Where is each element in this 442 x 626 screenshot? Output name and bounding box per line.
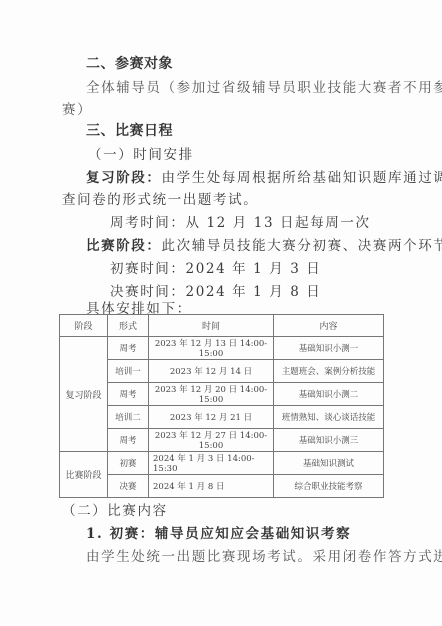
form-cell: 周考 — [108, 383, 149, 406]
item-prelim-heading: 1. 初赛：辅导员应知应会基础知识考察 — [86, 522, 351, 542]
form-cell: 培训一 — [108, 360, 149, 383]
form-cell: 初赛 — [108, 452, 149, 475]
subheading-time-arrangement: （一）时间安排 — [88, 143, 194, 163]
table-row: 培训一 2023 年 12 月 14 日 主题班会、案例分析技能 — [60, 360, 384, 383]
content-cell: 基础知识测试 — [274, 452, 384, 475]
competition-stage-label: 比赛阶段： — [86, 238, 162, 254]
content-cell: 基础知识小测一 — [274, 337, 384, 360]
content-cell: 班情熟知、谈心谈话技能 — [274, 406, 384, 429]
content-cell: 基础知识小测三 — [274, 429, 384, 452]
table-row: 比赛阶段 初赛 2024 年 1 月 3 日 14:00-15:30 基础知识测… — [60, 452, 384, 475]
form-cell: 培训二 — [108, 406, 149, 429]
time-cell: 2024 年 1 月 8 日 — [149, 475, 274, 498]
table-row: 决赛 2024 年 1 月 8 日 综合职业技能考察 — [60, 475, 384, 498]
stage-cell: 复习阶段 — [60, 337, 108, 452]
header-stage: 阶段 — [60, 315, 108, 337]
form-cell: 决赛 — [108, 475, 149, 498]
table-row: 培训二 2023 年 12 月 21 日 班情熟知、谈心谈话技能 — [60, 406, 384, 429]
time-cell: 2023 年 12 月 21 日 — [149, 406, 274, 429]
stage-cell: 比赛阶段 — [60, 452, 108, 498]
participants-text-line2: 赛） — [62, 98, 92, 118]
review-stage-text: 由学生处每周根据所给基础知识题库通过调 — [162, 170, 442, 186]
form-cell: 周考 — [108, 337, 149, 360]
weekly-exam-time: 周考时间：从 12 月 13 日起每周一次 — [110, 211, 371, 231]
competition-stage-text: 此次辅导员技能大赛分初赛、决赛两个环节。 — [162, 238, 442, 254]
review-stage-text-line2: 查问卷的形式统一出题考试。 — [62, 188, 258, 208]
review-stage-label: 复习阶段： — [86, 170, 162, 186]
table-row: 周考 2023 年 12 月 20 日 14:00-15:00 基础知识小测二 — [60, 383, 384, 406]
competition-stage-paragraph: 比赛阶段：此次辅导员技能大赛分初赛、决赛两个环节。 — [86, 234, 442, 254]
content-cell: 综合职业技能考察 — [274, 475, 384, 498]
time-cell: 2023 年 12 月 20 日 14:00-15:00 — [149, 383, 274, 406]
participants-text-line1: 全体辅导员（参加过省级辅导员职业技能大赛者不用参 — [86, 76, 442, 96]
header-time: 时间 — [149, 315, 274, 337]
table-row: 周考 2023 年 12 月 27 日 14:00-15:00 基础知识小测三 — [60, 429, 384, 452]
header-form: 形式 — [108, 315, 149, 337]
time-cell: 2023 年 12 月 14 日 — [149, 360, 274, 383]
item-prelim-text: 由学生处统一出题比赛现场考试。采用闭卷作答方式进 — [86, 545, 442, 565]
time-cell: 2024 年 1 月 3 日 14:00-15:30 — [149, 452, 274, 475]
content-cell: 基础知识小测二 — [274, 383, 384, 406]
prelim-time: 初赛时间：2024 年 1 月 3 日 — [110, 257, 321, 277]
section-heading-participants: 二、参赛对象 — [86, 53, 173, 73]
schedule-table: 阶段 形式 时间 内容 复习阶段 周考 2023 年 12 月 13 日 14:… — [59, 314, 384, 498]
header-content: 内容 — [274, 315, 384, 337]
content-cell: 主题班会、案例分析技能 — [274, 360, 384, 383]
table-row: 复习阶段 周考 2023 年 12 月 13 日 14:00-15:00 基础知… — [60, 337, 384, 360]
subheading-competition-content: （二）比赛内容 — [62, 499, 168, 519]
table-header-row: 阶段 形式 时间 内容 — [60, 315, 384, 337]
time-cell: 2023 年 12 月 13 日 14:00-15:00 — [149, 337, 274, 360]
section-heading-schedule: 三、比赛日程 — [86, 120, 173, 140]
form-cell: 周考 — [108, 429, 149, 452]
time-cell: 2023 年 12 月 27 日 14:00-15:00 — [149, 429, 274, 452]
review-stage-paragraph: 复习阶段：由学生处每周根据所给基础知识题库通过调 — [86, 166, 442, 186]
